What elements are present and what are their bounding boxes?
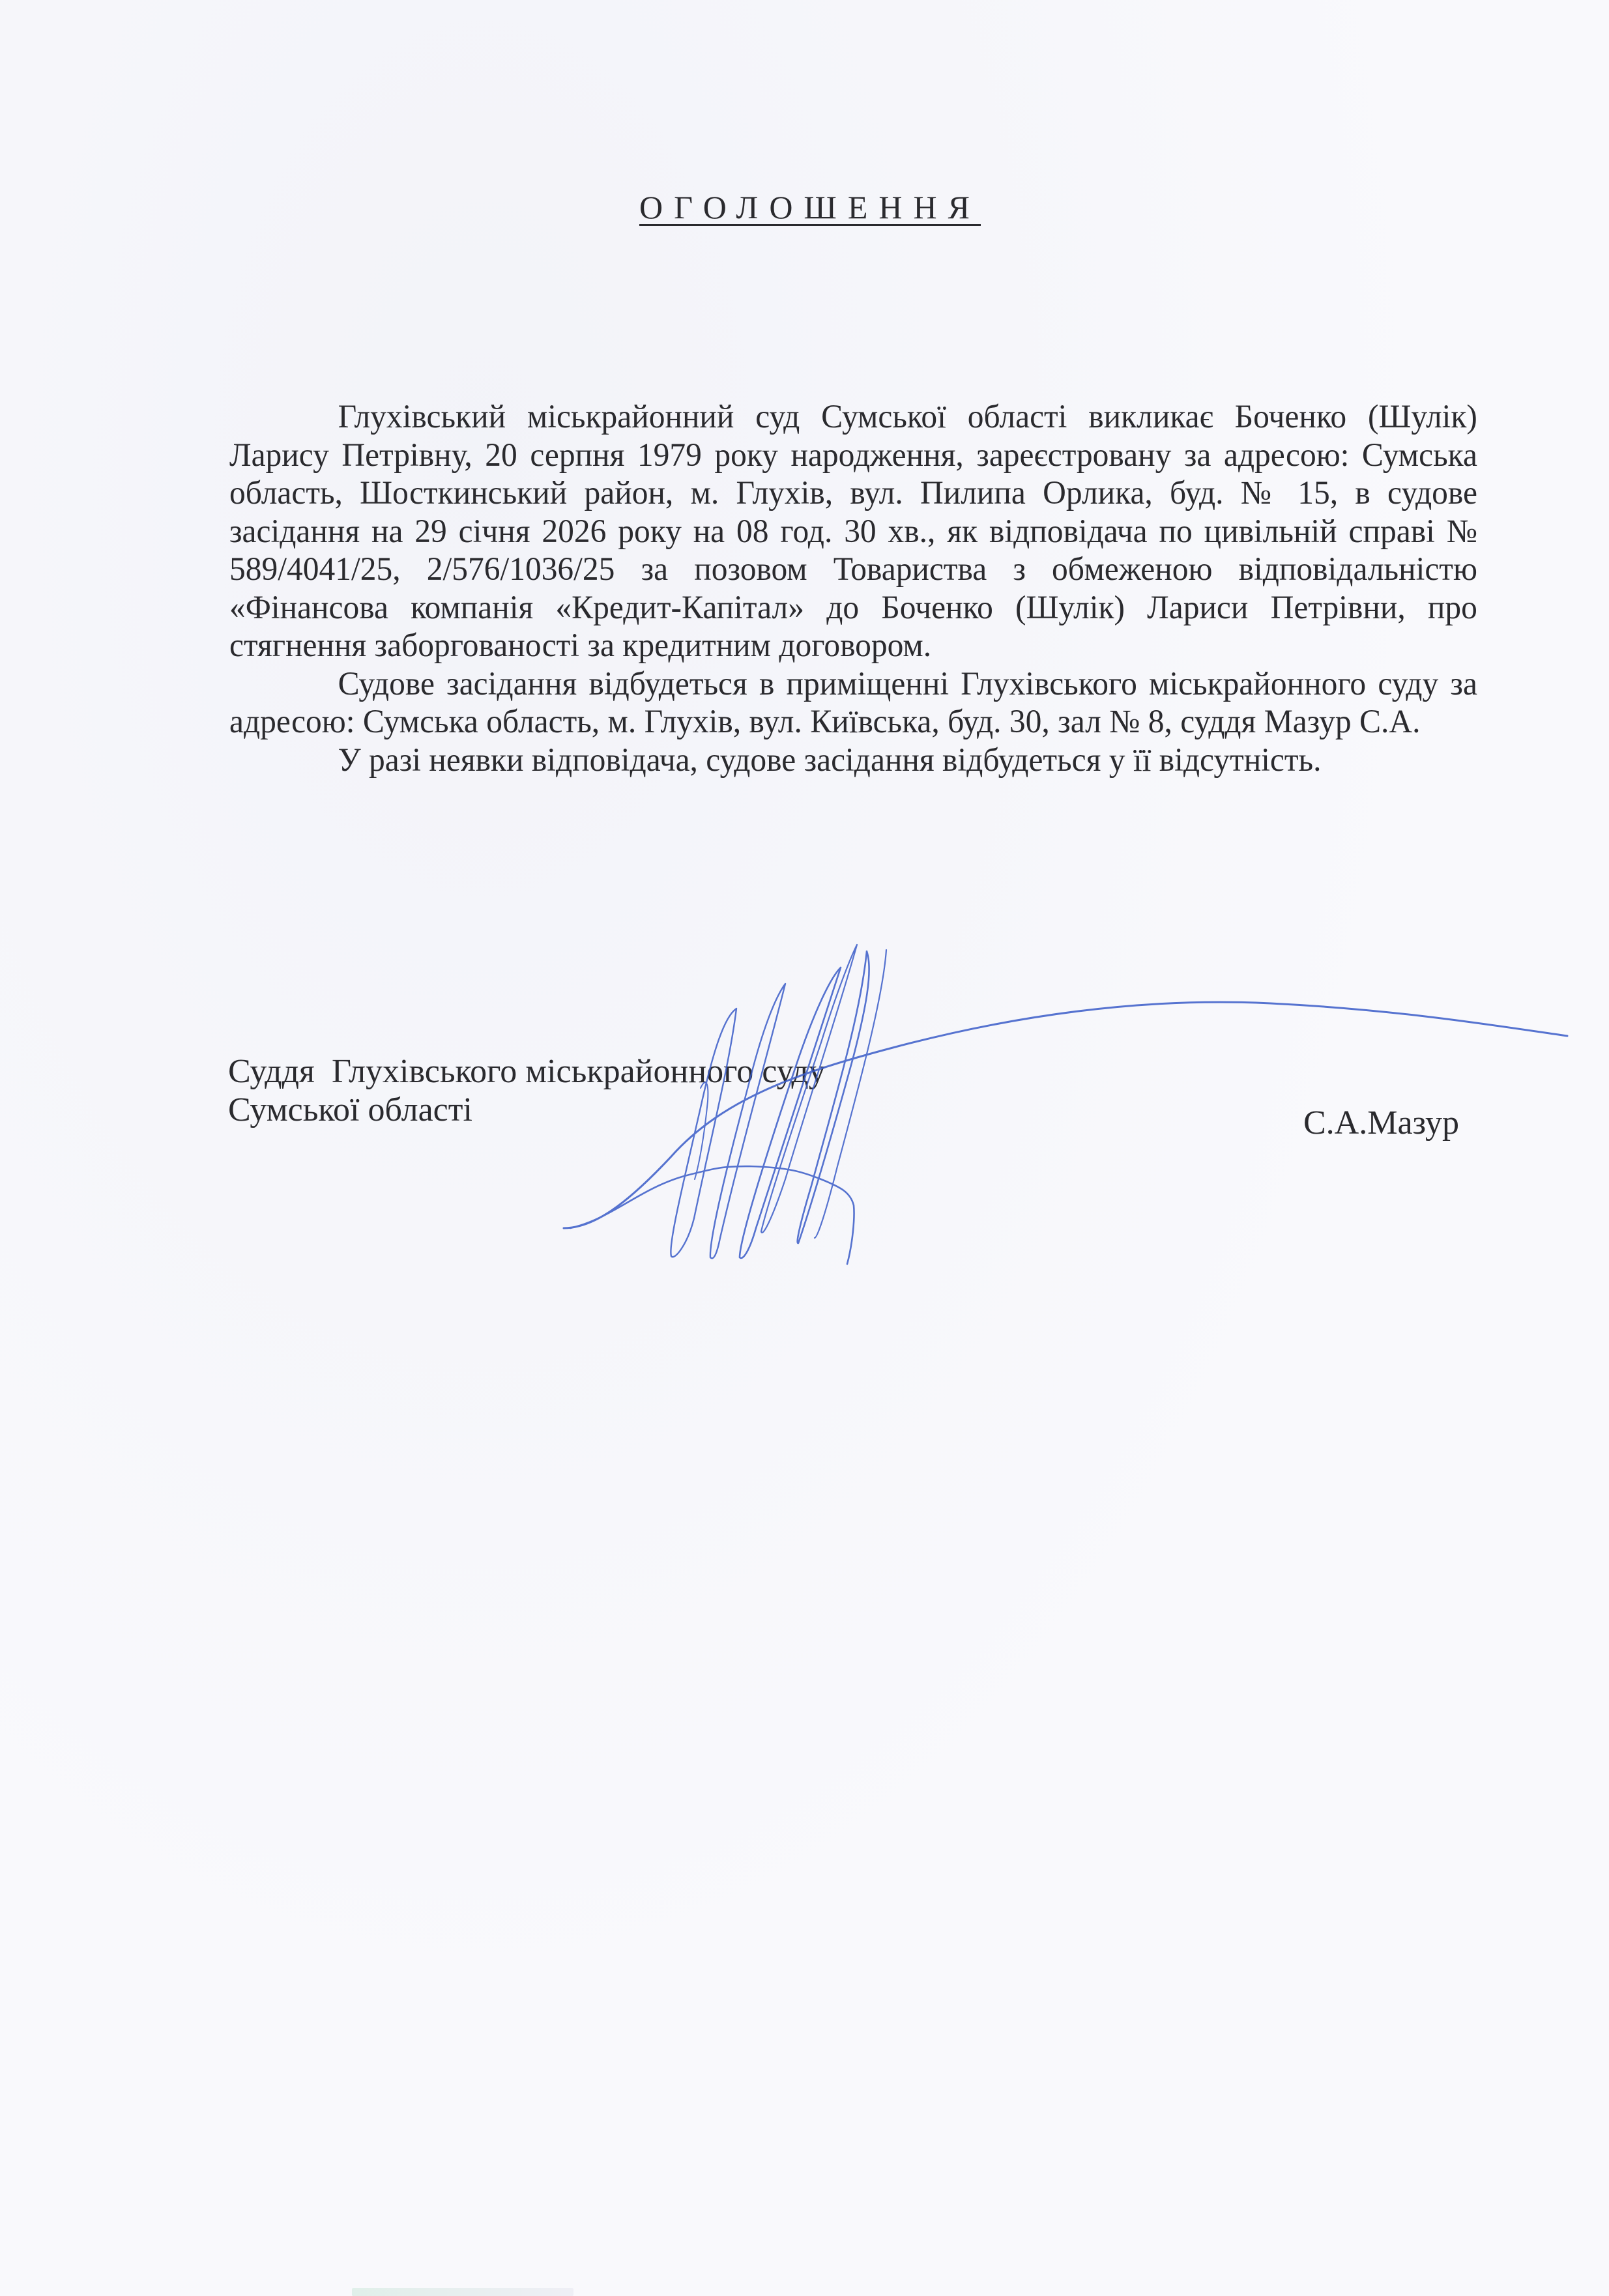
paragraph-hearing-location: Судове засідання відбудеться в приміщенн… xyxy=(229,665,1477,741)
signer-name: С.А.Мазур xyxy=(1303,1104,1459,1142)
signer-position-line-1: Суддя Глухівського міськрайонного суду xyxy=(228,1052,1531,1091)
document-body: Глухівський міськрайонний суд Сумської о… xyxy=(229,397,1477,779)
paragraph-absence-notice: У разі неявки відповідача, судове засіда… xyxy=(229,741,1477,779)
scan-artifact xyxy=(352,2288,573,2296)
paragraph-summons: Глухівський міськрайонний суд Сумської о… xyxy=(229,397,1477,665)
document-page: ОГОЛОШЕННЯ Глухівський міськрайонний суд… xyxy=(0,0,1609,2296)
document-title: ОГОЛОШЕННЯ xyxy=(0,188,1609,227)
document-title-text: ОГОЛОШЕННЯ xyxy=(628,189,981,225)
